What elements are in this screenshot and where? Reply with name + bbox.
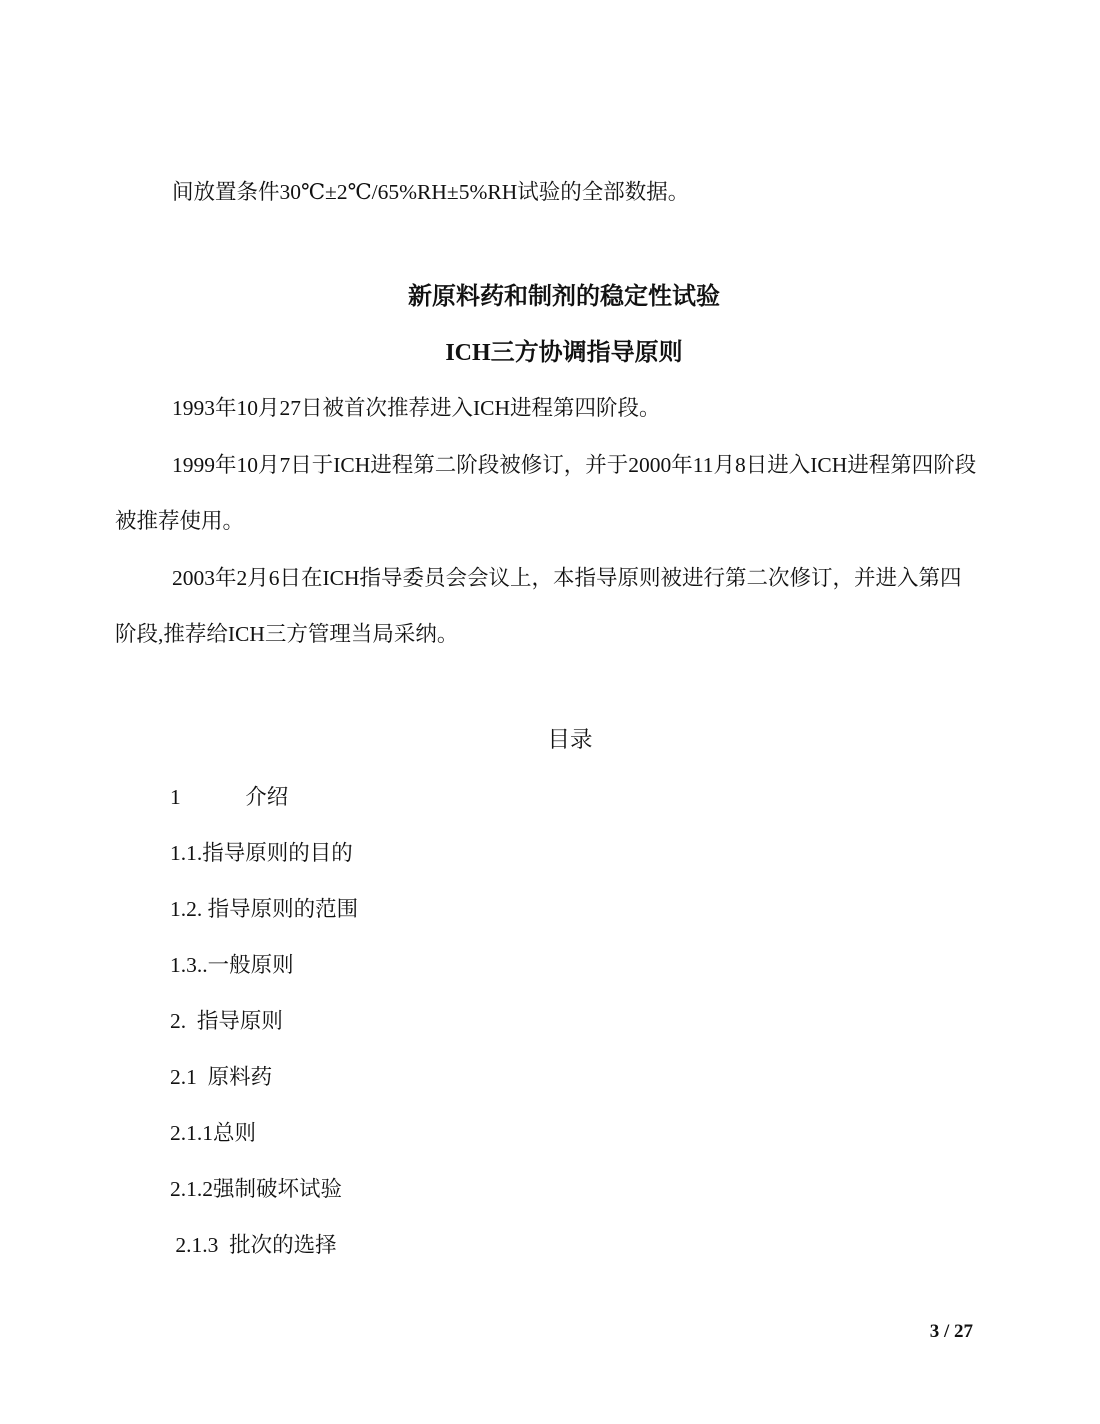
- paragraph-line: 2003年2月6日在ICH指导委员会会议上，本指导原则被进行第二次修订，并进入第…: [115, 550, 962, 606]
- document-subtitle: ICH三方协调指导原则: [115, 325, 1013, 381]
- paragraph-1999: 1999年10月7日于ICH进程第二阶段被修订，并于2000年11月8日进入IC…: [115, 437, 976, 549]
- paragraph-line: 1999年10月7日于ICH进程第二阶段被修订，并于2000年11月8日进入IC…: [115, 437, 976, 493]
- page-number: 3 / 27: [930, 1318, 973, 1346]
- toc-item-2-1-1: 2.1.1总则: [170, 1105, 358, 1161]
- toc-item-1-1: 1.1.指导原则的目的: [170, 825, 358, 881]
- toc-item-1: 1 介绍: [170, 769, 358, 825]
- document-title: 新原料药和制剂的稳定性试验: [115, 269, 1013, 325]
- toc-heading: 目录: [135, 712, 1005, 768]
- document-page: 间放置条件30℃±2℃/65%RH±5%RH试验的全部数据。 新原料药和制剂的稳…: [0, 0, 1100, 1424]
- paragraph-1993: 1993年10月27日被首次推荐进入ICH进程第四阶段。: [115, 380, 661, 436]
- paragraph-line: 1993年10月27日被首次推荐进入ICH进程第四阶段。: [115, 380, 661, 436]
- toc-item-1-2: 1.2. 指导原则的范围: [170, 881, 358, 937]
- toc-item-2: 2. 指导原则: [170, 993, 358, 1049]
- paragraph-2003: 2003年2月6日在ICH指导委员会会议上，本指导原则被进行第二次修订，并进入第…: [115, 550, 962, 662]
- toc-list: 1 介绍 1.1.指导原则的目的 1.2. 指导原则的范围 1.3..一般原则 …: [170, 769, 358, 1273]
- paragraph-line: 被推荐使用。: [115, 493, 976, 549]
- toc-item-2-1-2: 2.1.2强制破坏试验: [170, 1161, 358, 1217]
- toc-item-1-3: 1.3..一般原则: [170, 937, 358, 993]
- toc-item-2-1: 2.1 原料药: [170, 1049, 358, 1105]
- body-continuation-line: 间放置条件30℃±2℃/65%RH±5%RH试验的全部数据。: [115, 164, 689, 220]
- paragraph-line: 阶段,推荐给ICH三方管理当局采纳。: [115, 606, 962, 662]
- toc-item-2-1-3: 2.1.3 批次的选择: [170, 1217, 358, 1273]
